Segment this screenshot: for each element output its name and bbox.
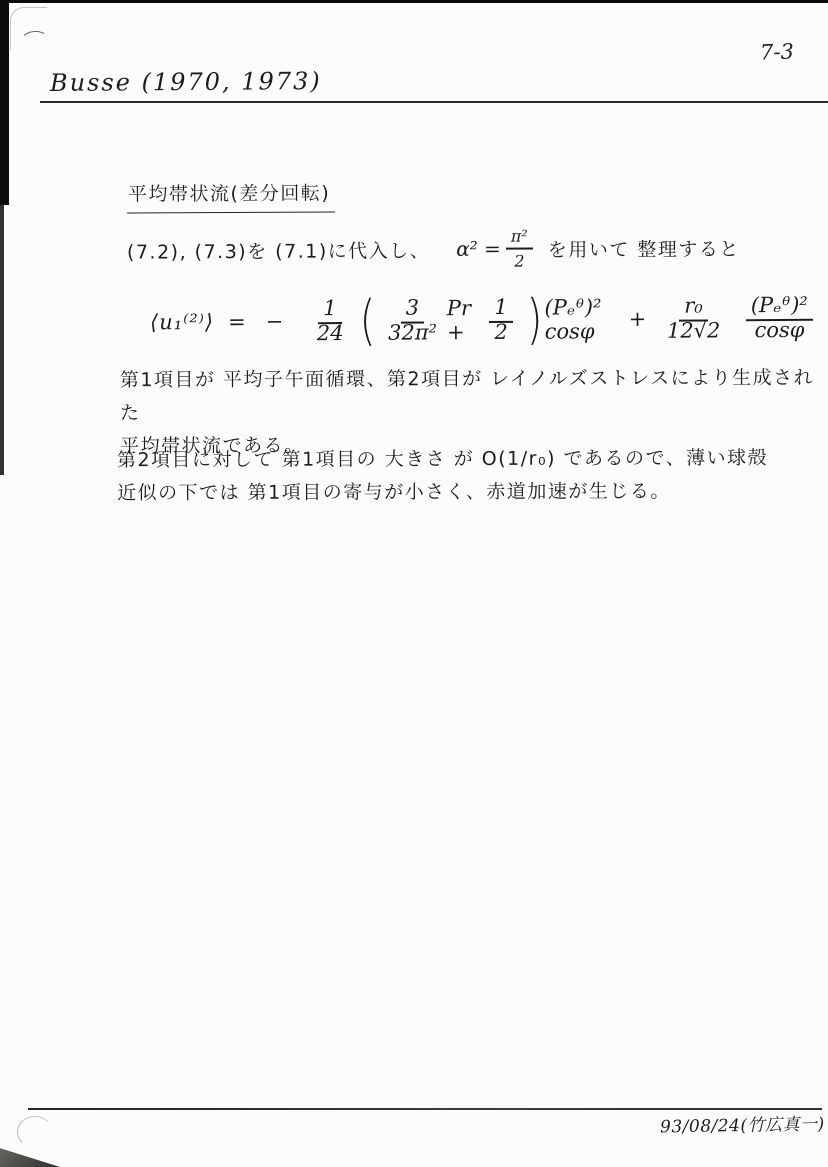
equation-lhs: ⟨u₁⁽²⁾⟩ <box>150 310 214 334</box>
paragraph-2: 第2項目に対して 第1項目の 大きさ が O(1/r₀) であるので、薄い球殻 … <box>117 442 828 510</box>
scan-top-edge <box>0 0 828 3</box>
fraction-denominator: 24 <box>312 319 349 345</box>
fraction-3-over-32pi2: 3 32π² <box>383 295 442 346</box>
reference-underline <box>40 101 828 103</box>
prandtl-plus-term: Pr + <box>447 296 479 344</box>
intro-pre-text: (7.2), (7.3)を (7.1)に代入し、 <box>127 236 430 265</box>
paper-curl-mark-bottom <box>17 1116 53 1148</box>
reference-title: Busse (1970, 1973) <box>50 67 322 97</box>
footer-date-signature: 93/08/24(竹広真一) <box>660 1110 825 1138</box>
intro-line: (7.2), (7.3)を (7.1)に代入し、 α² = π² 2 を用いて … <box>127 225 740 273</box>
paragraph-2-line-1: 第2項目に対して 第1項目の 大きさ が O(1/r₀) であるので、薄い球殻 <box>117 442 828 477</box>
scanned-page: 7-3 Busse (1970, 1973) 平均帯状流(差分回転) (7.2)… <box>0 0 828 1167</box>
peclet-cos-term: (Pₑᶿ)² cosφ <box>544 295 619 344</box>
scan-left-edge <box>0 0 9 205</box>
fraction-denominator: 2 <box>509 250 529 271</box>
fraction-denominator: 12√2 <box>662 316 726 342</box>
paragraph-1-line-1: 第1項目が 平均子午面循環、第2項目が レイノルズストレスにより生成された <box>120 362 828 430</box>
mean-zonal-flow-equation: ⟨u₁⁽²⁾⟩ = − 1 24 ( 3 32π² Pr + 1 2 ) (Pₑ… <box>150 289 828 352</box>
footer-rule <box>28 1108 822 1110</box>
minus-sign: − <box>266 309 284 333</box>
coefficient-fraction-1-24: 1 24 <box>308 296 352 347</box>
paragraph-2-line-2: 近似の下では 第1項目の寄与が小さく、赤道加速が生じる。 <box>117 475 828 510</box>
page-number: 7-3 <box>760 39 795 64</box>
intro-post-text: を用いて 整理すると <box>548 234 740 262</box>
fraction-peclet-over-cos: (Pₑᶿ)² cosφ <box>736 292 824 343</box>
pi-squared-over-two-fraction: π² 2 <box>506 226 533 271</box>
fraction-denominator: 2 <box>489 318 513 344</box>
open-parenthesis: ( <box>359 292 375 350</box>
close-parenthesis: ) <box>526 291 542 349</box>
fraction-denominator: 32π² <box>383 318 442 344</box>
fraction-numerator: π² <box>506 226 533 249</box>
fraction-r0-over-12root2: r₀ 12√2 <box>661 293 726 344</box>
plus-sign: + <box>629 307 647 331</box>
alpha-squared-term: α² = <box>456 237 501 261</box>
fraction-1-over-2: 1 2 <box>483 295 518 346</box>
section-heading: 平均帯状流(差分回転) <box>127 178 336 213</box>
fraction-denominator: cosφ <box>749 316 809 342</box>
equals-sign: = <box>228 310 246 334</box>
scan-left-edge-thin <box>0 205 4 475</box>
